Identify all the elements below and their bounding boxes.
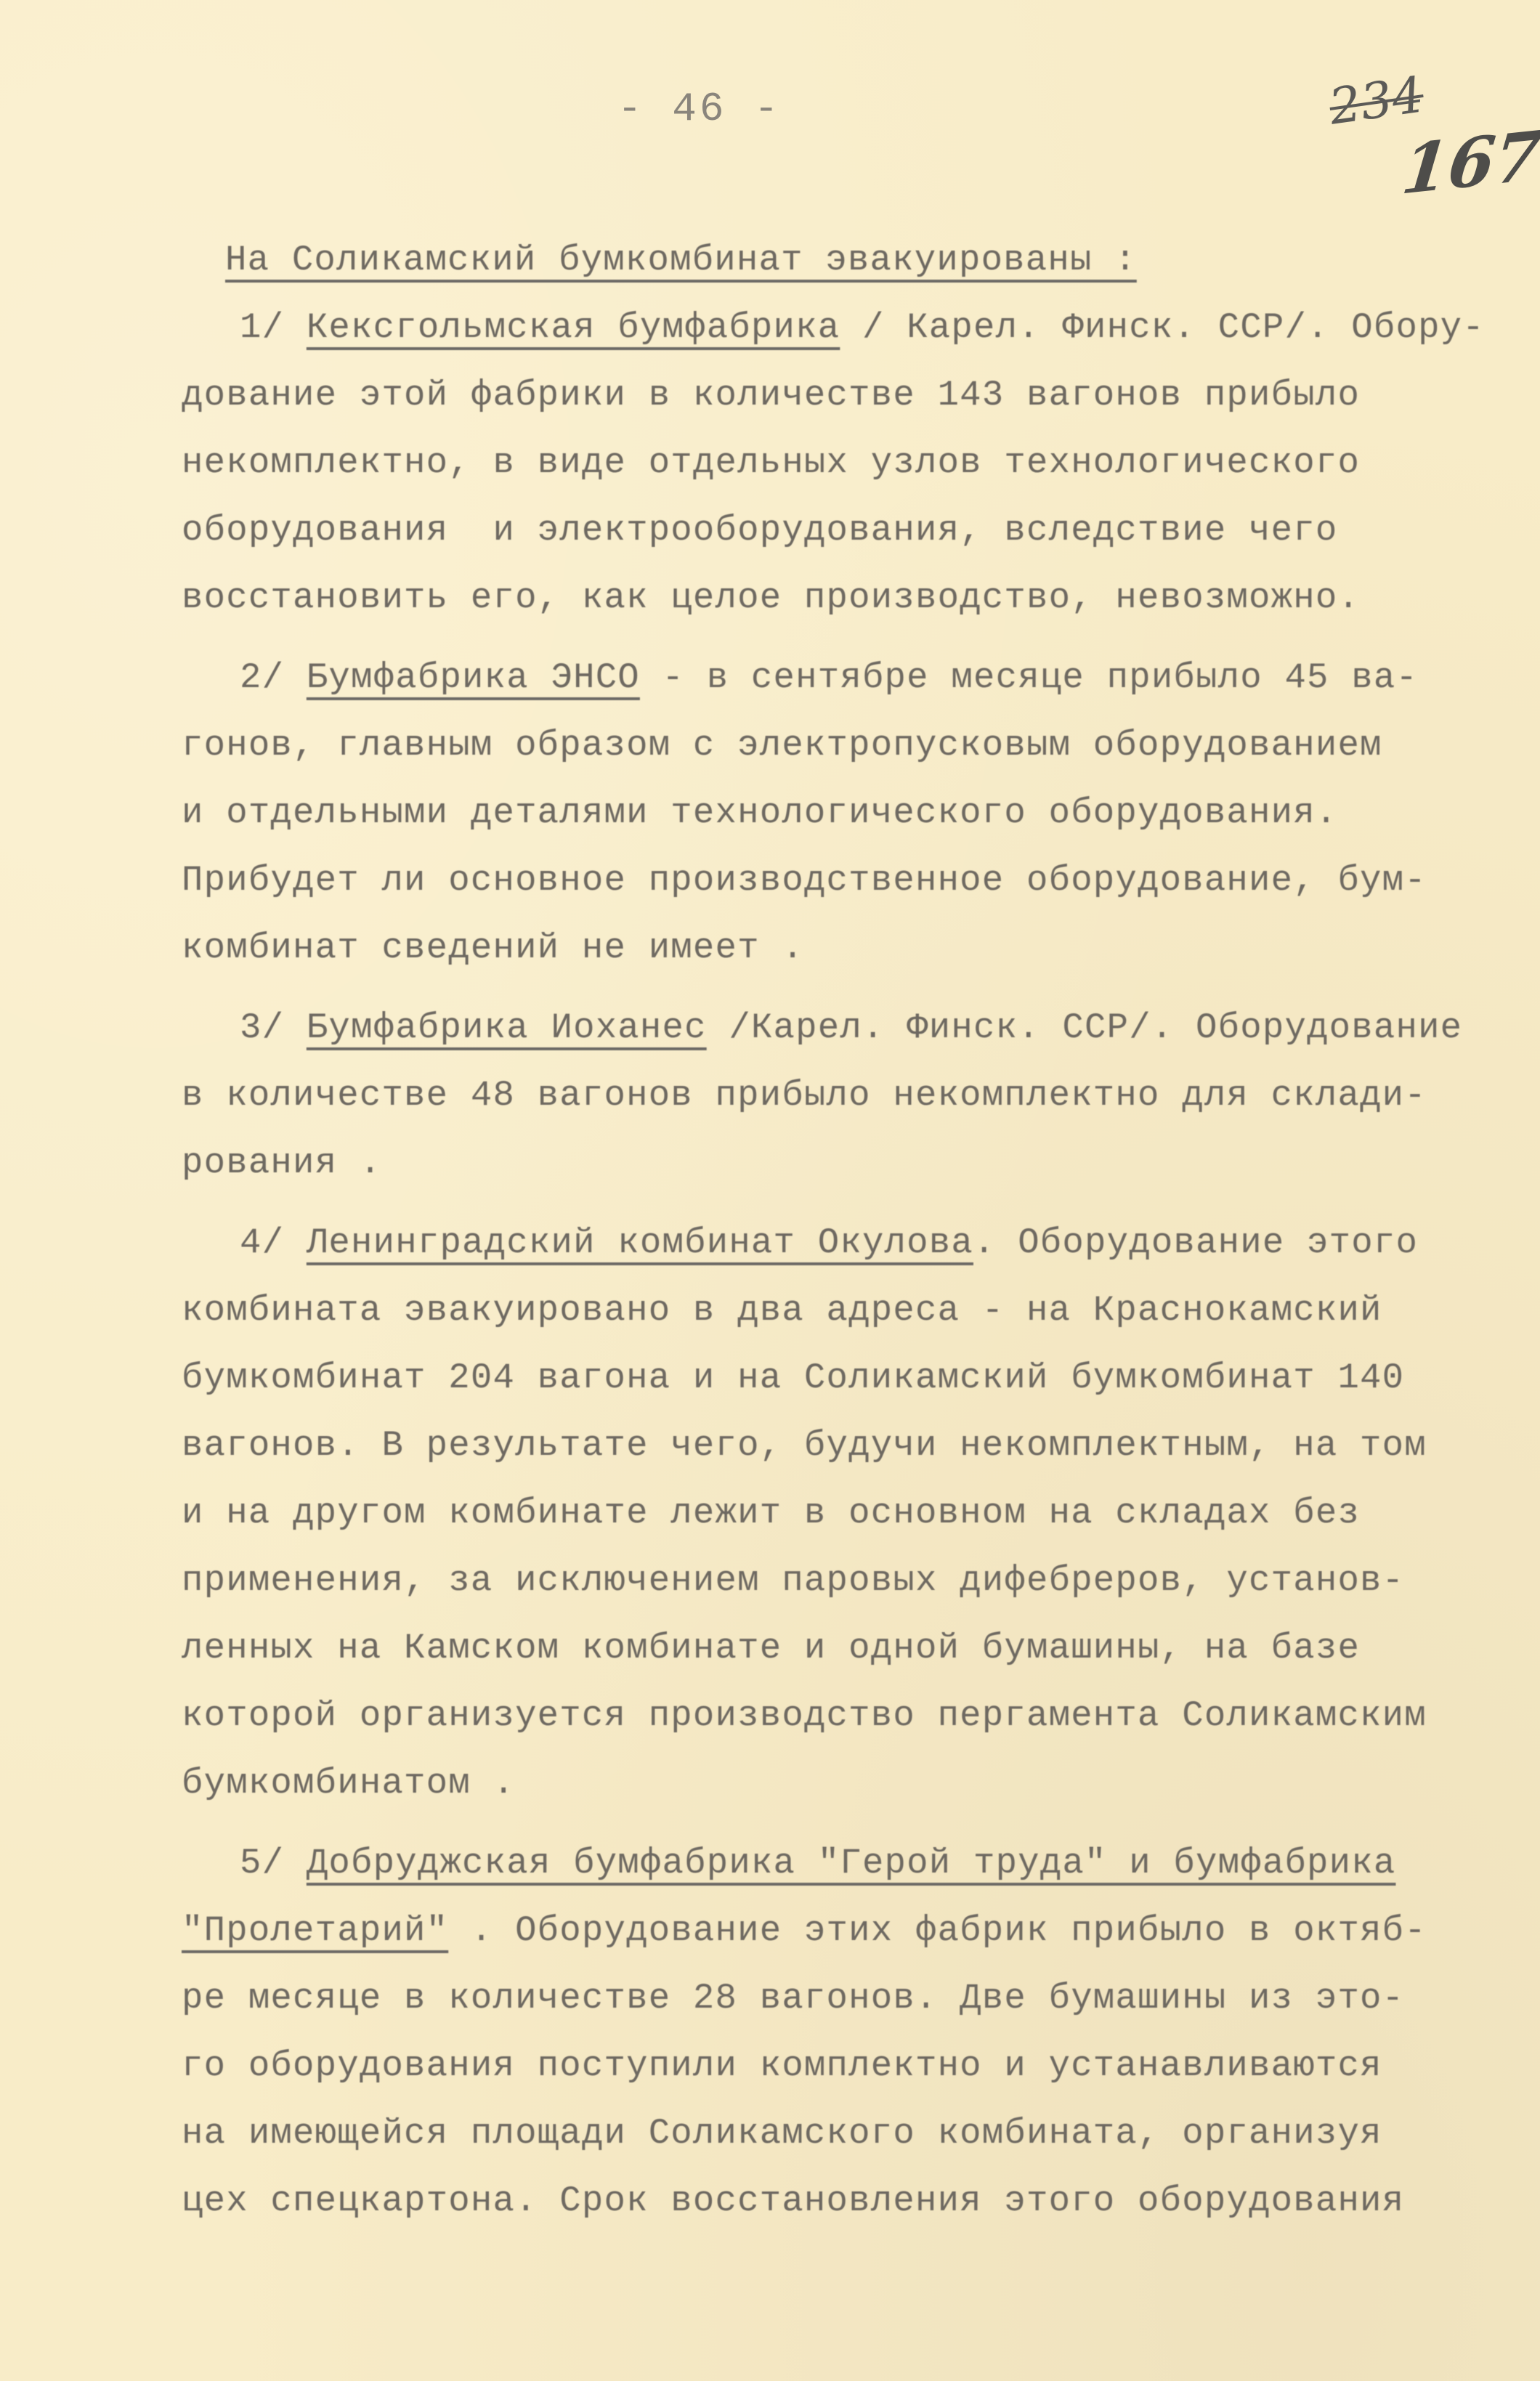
item-4-line-5: и на другом комбинате лежит в основном н… — [182, 1493, 1360, 1533]
item-4-line-9: бумкомбинатом . — [182, 1763, 515, 1804]
item-4-line-1: 4/ Ленинградский комбинат Окулова. Обору… — [240, 1222, 1418, 1263]
item-text: /Карел. Финск. ССР/. Оборудование — [707, 1007, 1463, 1048]
item-1-line-5: восстановить его, как целое производство… — [182, 577, 1360, 618]
item-number: 5/ — [240, 1843, 284, 1883]
item-title: Бумфабрика ЭНСО — [307, 657, 640, 698]
item-title: Ленинградский комбинат Окулова — [307, 1222, 973, 1263]
item-4-line-4: вагонов. В результате чего, будучи неком… — [182, 1425, 1427, 1466]
item-text: . Оборудование этих фабрик прибыло в окт… — [448, 1910, 1427, 1951]
item-5-line-4: го оборудования поступили комплектно и у… — [182, 2045, 1382, 2086]
item-1-line-3: некомплектно, в виде отдельных узлов тех… — [182, 442, 1360, 483]
item-3-line-2: в количестве 48 вагонов прибыло некомпле… — [182, 1075, 1427, 1116]
item-5-line-1: 5/ Добруджская бумфабрика "Герой труда" … — [240, 1843, 1395, 1883]
archive-number: 167 — [1398, 115, 1540, 210]
page-number: - 46 - — [617, 86, 782, 132]
item-2-line-2: гонов, главным образом с электропусковым… — [182, 725, 1382, 766]
item-title-continued: "Пролетарий" — [182, 1910, 448, 1951]
item-5-line-5: на имеющейся площади Соликамского комбин… — [182, 2113, 1382, 2154]
item-3-line-3: рования . — [182, 1143, 381, 1183]
item-1-line-1: 1/ Кексгольмская бумфабрика / Карел. Фин… — [240, 307, 1485, 348]
item-number: 4/ — [240, 1222, 284, 1263]
item-number: 1/ — [240, 307, 284, 348]
item-number: 3/ — [240, 1007, 284, 1048]
item-2-line-3: и отдельными деталями технологического о… — [182, 792, 1337, 833]
item-4-line-6: применения, за исключением паровых дифеб… — [182, 1560, 1404, 1601]
item-4-line-7: ленных на Камском комбинате и одной бума… — [182, 1628, 1360, 1668]
item-title: Добруджская бумфабрика "Герой труда" и б… — [307, 1843, 1396, 1883]
item-title: Кексгольмская бумфабрика — [307, 307, 840, 348]
intro-text: На Соликамский бумкомбинат эвакуированы … — [225, 240, 1137, 280]
item-4-line-8: которой организуется производство пергам… — [182, 1695, 1427, 1736]
item-number: 2/ — [240, 657, 284, 698]
item-4-line-3: бумкомбинат 204 вагона и на Соликамский … — [182, 1358, 1404, 1398]
intro-line: На Соликамский бумкомбинат эвакуированы … — [225, 240, 1137, 280]
item-5-line-6: цех спецкартона. Срок восстановления это… — [182, 2181, 1404, 2221]
item-text: - в сентябре месяце прибыло 45 ва- — [640, 657, 1418, 698]
item-5-line-3: ре месяце в количестве 28 вагонов. Две б… — [182, 1978, 1404, 2019]
item-text: / Карел. Финск. ССР/. Обору- — [840, 307, 1485, 348]
item-1-line-2: дование этой фабрики в количестве 143 ва… — [182, 375, 1360, 415]
item-2-line-4: Прибудет ли основное производственное об… — [182, 860, 1427, 901]
document-page — [0, 0, 1540, 2381]
item-text: . Оборудование этого — [973, 1222, 1418, 1263]
item-2-line-1: 2/ Бумфабрика ЭНСО - в сентябре месяце п… — [240, 657, 1418, 698]
item-3-line-1: 3/ Бумфабрика Иоханес /Карел. Финск. ССР… — [240, 1007, 1462, 1048]
item-title: Бумфабрика Иоханес — [307, 1007, 707, 1048]
item-4-line-2: комбината эвакуировано в два адреса - на… — [182, 1290, 1382, 1331]
item-1-line-4: оборудования и электрооборудования, всле… — [182, 510, 1337, 551]
item-2-line-5: комбинат сведений не имеет . — [182, 928, 804, 968]
item-5-line-2: "Пролетарий" . Оборудование этих фабрик … — [182, 1910, 1427, 1951]
